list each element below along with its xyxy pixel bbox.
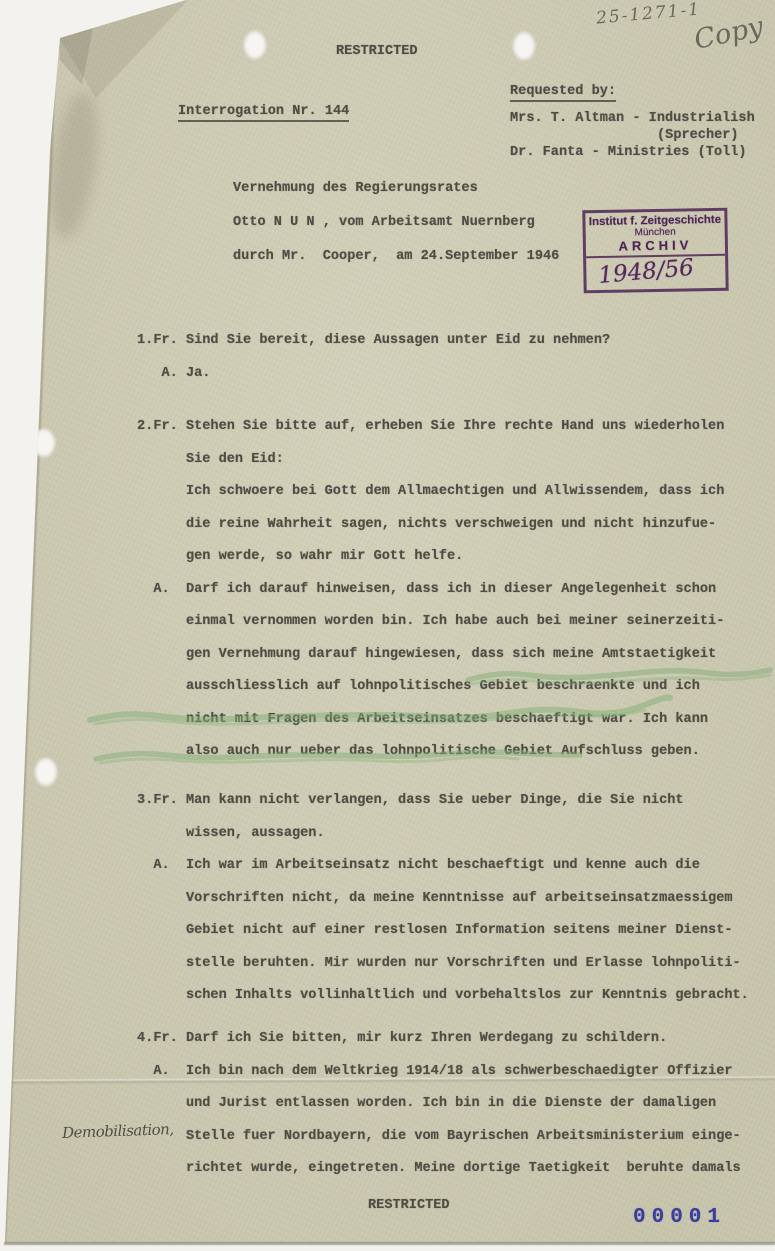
text-line: 4.Fr. Darf ich Sie bitten, mir kurz Ihre… bbox=[137, 1023, 741, 1056]
text-line: und Jurist entlassen worden. Ich bin in … bbox=[137, 1088, 741, 1121]
text-line: Vernehmung des Regierungsrates bbox=[233, 172, 559, 206]
punch-hole bbox=[244, 31, 266, 59]
archive-stamp: Institut f. Zeitgeschichte München ARCHI… bbox=[582, 208, 728, 294]
text-line: Gebiet nicht auf einer restlosen Informa… bbox=[137, 915, 749, 948]
paper-left-edge bbox=[3, 0, 58, 1245]
text-line: Ich schwoere bei Gott dem Allmaechtigen … bbox=[137, 476, 724, 509]
requester-line-3: Dr. Fanta - Ministries (Toll) bbox=[510, 144, 747, 161]
paper-sheet: RESTRICTED 25-1271-1 Copy Requested by: … bbox=[0, 0, 775, 1251]
text-line: Stelle fuer Nordbayern, die vom Bayrisch… bbox=[137, 1121, 741, 1154]
text-line: die reine Wahrheit sagen, nichts verschw… bbox=[137, 509, 724, 542]
text-line: gen werde, so wahr mir Gott helfe. bbox=[137, 541, 724, 574]
text-line: A. Ja. bbox=[137, 358, 610, 391]
document-scan: RESTRICTED 25-1271-1 Copy Requested by: … bbox=[0, 0, 775, 1251]
intro-block: Vernehmung des RegierungsratesOtto N U N… bbox=[233, 172, 559, 274]
text-line: richtet wurde, eingetreten. Meine dortig… bbox=[137, 1153, 741, 1186]
requester-line-2: (Sprecher) bbox=[657, 127, 739, 144]
restricted-classification-top: RESTRICTED bbox=[336, 36, 418, 69]
text-line: 1.Fr. Sind Sie bereit, diese Aussagen un… bbox=[137, 325, 610, 358]
qa-block-3: 3.Fr. Man kann nicht verlangen, dass Sie… bbox=[137, 785, 749, 1013]
punch-hole bbox=[513, 32, 535, 60]
interrogation-title: Interrogation Nr. 144 bbox=[178, 104, 349, 122]
requested-by-heading: Requested by: bbox=[510, 84, 616, 102]
text-line: A. Ich bin nach dem Weltkrieg 1914/18 al… bbox=[137, 1056, 741, 1089]
text-line: gen Vernehmung darauf hingewiesen, dass … bbox=[137, 639, 724, 672]
text-line: stelle beruhten. Mir wurden nur Vorschri… bbox=[137, 948, 749, 981]
text-line: nicht mit Fragen des Arbeitseinsatzes be… bbox=[137, 704, 724, 737]
text-line: durch Mr. Cooper, am 24.September 1946 bbox=[233, 240, 559, 274]
text-line: wissen, aussagen. bbox=[137, 818, 749, 851]
handwritten-reference-number: 25-1271-1 bbox=[595, 0, 702, 29]
punch-hole bbox=[33, 429, 55, 457]
punch-hole bbox=[35, 758, 57, 786]
text-line: Vorschriften nicht, da meine Kenntnisse … bbox=[137, 883, 749, 916]
text-line: 2.Fr. Stehen Sie bitte auf, erheben Sie … bbox=[137, 411, 724, 444]
requester-line-1: Mrs. T. Altman - Industrialish bbox=[510, 110, 755, 127]
text-line: Sie den Eid: bbox=[137, 444, 724, 477]
text-line: also auch nur ueber das lohnpolitische G… bbox=[137, 736, 724, 769]
handwritten-copy-annotation: Copy bbox=[692, 11, 766, 56]
text-line: ausschliesslich auf lohnpolitisches Gebi… bbox=[137, 671, 724, 704]
qa-block-1: 1.Fr. Sind Sie bereit, diese Aussagen un… bbox=[137, 325, 610, 390]
paper-bottom-edge bbox=[4, 1242, 775, 1245]
corner-fold bbox=[0, 0, 200, 120]
text-line: A. Darf ich darauf hinweisen, dass ich i… bbox=[137, 574, 724, 607]
qa-block-2: 2.Fr. Stehen Sie bitte auf, erheben Sie … bbox=[137, 411, 724, 769]
restricted-classification-bottom: RESTRICTED bbox=[368, 1190, 450, 1223]
page-number-stamp: 00001 bbox=[633, 1206, 726, 1229]
text-line: 3.Fr. Man kann nicht verlangen, dass Sie… bbox=[137, 785, 749, 818]
qa-block-4: 4.Fr. Darf ich Sie bitten, mir kurz Ihre… bbox=[137, 1023, 741, 1186]
text-line: Otto N U N , vom Arbeitsamt Nuernberg bbox=[233, 206, 559, 240]
text-line: schen Inhalts vollinhaltlich und vorbeha… bbox=[137, 980, 749, 1013]
text-line: einmal vernommen worden bin. Ich habe au… bbox=[137, 606, 724, 639]
text-line: A. Ich war im Arbeitseinsatz nicht besch… bbox=[137, 850, 749, 883]
